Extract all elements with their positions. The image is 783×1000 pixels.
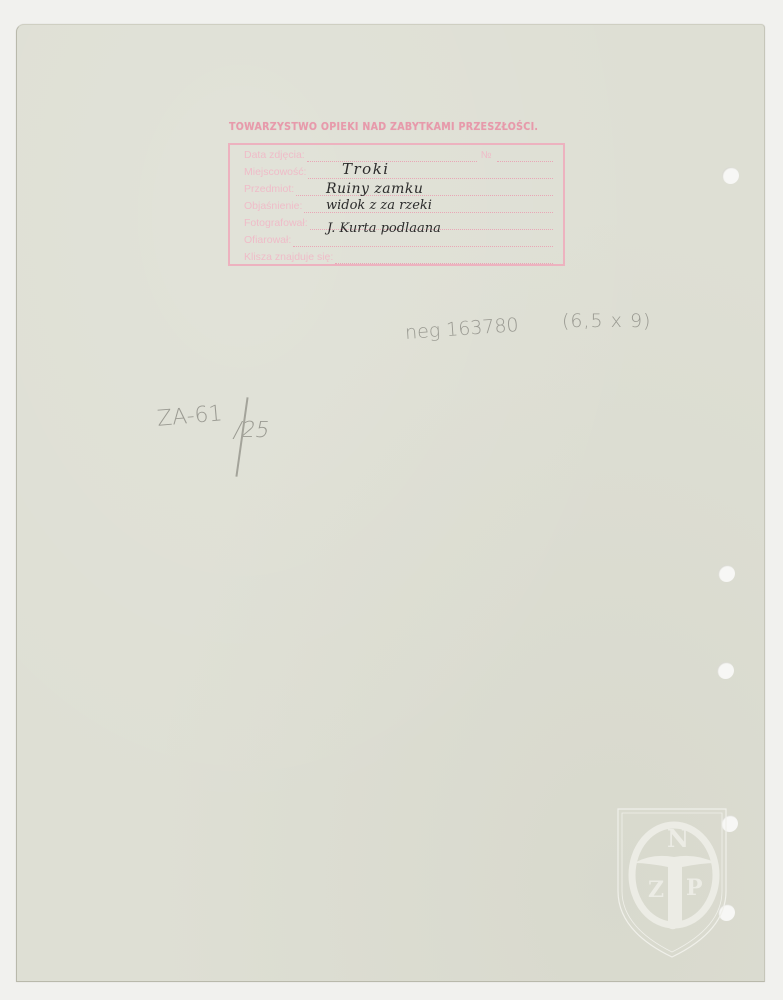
stamp-label: Klisza znajduje się: [244,251,333,264]
svg-text:Z: Z [648,877,664,903]
catalog-sub: /25 [231,418,272,443]
stamp-title: TOWARZYSTWO OPIEKI NAD ZABYTKAMI PRZESZŁ… [229,122,545,133]
stamp-line [307,149,477,162]
stamp-label: Objaśnienie: [244,200,302,213]
stamp-label: Ofiarował: [244,234,291,247]
negative-size: (6,5 x 9) [562,310,651,332]
punch-hole [717,662,734,679]
handwritten-description: widok z za rzeki [326,198,432,213]
handwritten-subject: Ruiny zamku [326,181,423,197]
number-sign: № [481,150,492,162]
stamp-row-negative-location: Klisza znajduje się: [244,247,553,264]
svg-text:P: P [686,875,703,901]
ntzp-emblem-icon: N Z P [612,803,732,961]
punch-hole [722,167,739,184]
stamp-label: Data zdjęcia: [244,149,305,162]
stamp-label: Przedmiot: [244,183,294,196]
stamp-label: Fotografował: [244,217,308,230]
handwritten-place: Troki [342,160,390,178]
stamp-line [335,251,553,264]
stamp-row-place: Miejscowość: [244,162,553,179]
punch-hole [718,565,735,582]
svg-text:N: N [667,824,689,853]
stamp-row-date: Data zdjęcia: № [244,145,553,162]
handwritten-donor: J. Kurta podlaana [327,221,441,236]
stamp-line [497,149,553,162]
stamp-label: Miejscowość: [244,166,306,179]
